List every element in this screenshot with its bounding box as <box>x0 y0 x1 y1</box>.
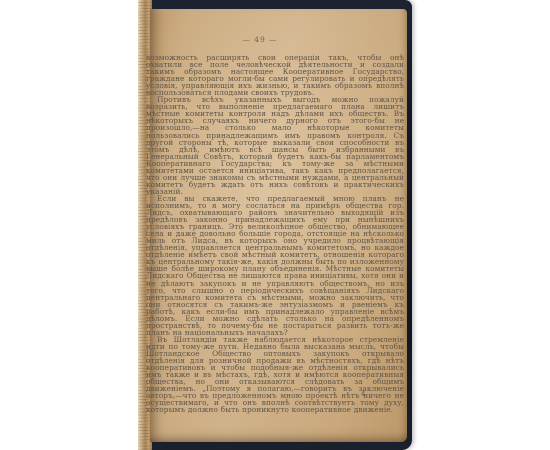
photo-backdrop: — 49 — возможность расширять свои операц… <box>0 0 550 450</box>
paragraph: Въ Шотландіи также наблюдается нѣкоторое… <box>146 336 404 414</box>
paragraph: Если вы скажете, что предлагаемый мною п… <box>146 195 404 336</box>
signature-mark: 4 <box>361 390 365 398</box>
page-number: — 49 — <box>150 36 370 44</box>
book-page: — 49 — возможность расширять свои операц… <box>150 9 407 442</box>
page-text: возможность расширять свои операціи такъ… <box>146 54 404 413</box>
paragraph: Противъ всѣхъ указанныхъ выгодъ можно по… <box>146 96 404 195</box>
paragraph: возможность расширять свои операціи такъ… <box>146 54 404 96</box>
